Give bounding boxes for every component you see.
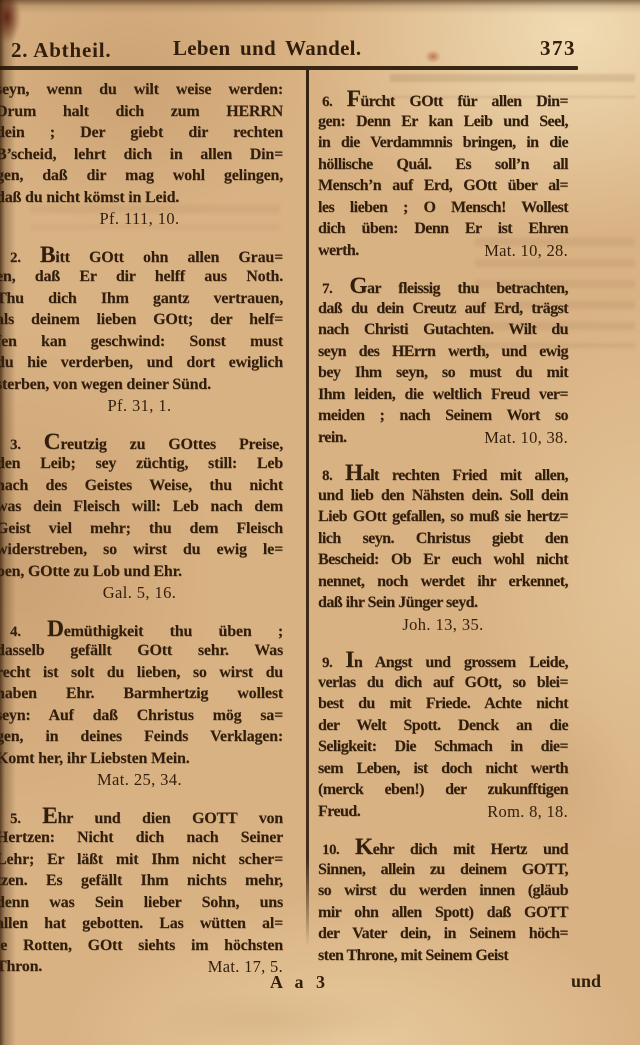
text-line: daß du dein Creutz auf Erd, trägst	[318, 298, 568, 320]
text-line: Geist viel mehr; thu dem Fleisch	[0, 518, 283, 540]
text-line: der Vater dein, in Seinem höch=	[318, 923, 568, 945]
text-line: Lieb GOtt gefallen, so muß sie hertz=	[318, 506, 568, 528]
text-line: so wirst du werden innen (gläub	[318, 880, 568, 902]
versal-capital: F	[347, 86, 361, 112]
text-line: Hertzen: Nicht dich nach Seiner	[0, 827, 283, 849]
text-line: seyn, wenn du wilt weise werden:	[0, 79, 283, 101]
text-line: (merck eben!) der zukunfftigen	[318, 779, 568, 801]
text-line: Komt her, ihr Liebsten Mein.	[0, 748, 283, 770]
text-line: lich seyn. Christus giebt den	[318, 528, 568, 550]
text-line: sem Leben, ist doch nicht werth	[318, 758, 568, 780]
hymn-section: 3. Creutzig zu GOttes Preise,den Leib; s…	[0, 432, 283, 604]
text-line: sterben, von wegen deiner Sünd.	[0, 374, 283, 396]
text-line: sten Throne, mit Seinem Geist	[318, 945, 568, 967]
versal-capital: C	[44, 429, 61, 455]
scripture-reference: Joh. 13, 35.	[318, 614, 568, 636]
verse-end-text: werth.	[318, 240, 359, 262]
text-line: du hie verderben, und dort ewiglich	[0, 352, 283, 374]
foxing-spot	[425, 50, 441, 63]
text-line: Mensch’n auf Erd, GOtt über al=	[318, 175, 568, 197]
scripture-reference: Mat. 10, 28.	[484, 240, 568, 262]
corner-stain	[0, 0, 21, 43]
verse-number: 9.	[322, 655, 345, 671]
text-line: daß ihr Sein Jünger seyd.	[318, 592, 568, 614]
catchword: und	[571, 971, 601, 992]
hymn-section: 10. Kehr dich mit Hertz undSinnen, allei…	[318, 837, 568, 966]
text-line: recht ist solt du lieben, so wirst du	[0, 662, 283, 684]
text-line: den Leib; sey züchtig, still: Leb	[0, 453, 283, 475]
text-line: Bescheid: Ob Er euch wohl nicht	[318, 549, 568, 571]
text-line: ben, GOtte zu Lob und Ehr.	[0, 561, 283, 583]
text-line: seyn: Auf daß Christus mög sa=	[0, 705, 283, 727]
text-line: 8. Halt rechten Fried mit allen,	[318, 463, 568, 485]
text-line: haben Ehr. Barmhertzig wollest	[0, 683, 283, 705]
text-line: 7. Gar fleissig thu betrachten,	[318, 276, 568, 298]
header-section-label: 2. Abtheil.	[11, 38, 111, 63]
text-line: werth.Mat. 10, 28.	[318, 240, 568, 262]
text-line: meiden ; nach Seinem Wort so	[318, 405, 568, 427]
text-line: bey Ihm seyn, so must du mit	[318, 362, 568, 384]
verse-end-text: Freud.	[318, 801, 360, 823]
text-line: le Rotten, GOtt siehts im höchsten	[0, 935, 283, 957]
text-line: denn was Sein lieber Sohn, uns	[0, 892, 283, 914]
versal-capital: G	[349, 273, 367, 299]
page-top-shadow	[0, 0, 640, 15]
text-line: seyn des HErrn werth, und ewig	[318, 341, 568, 363]
text-line: Seligkeit: Die Schmach in die=	[318, 736, 568, 758]
text-line: best du mit Friede. Achte nicht	[318, 693, 568, 715]
verse-end-text: Thron.	[0, 956, 42, 978]
header-title: Leben und Wandel.	[173, 36, 361, 61]
text-line: rein.Mat. 10, 38.	[318, 427, 568, 449]
text-line: nach Christi Gutachten. Wilt du	[318, 319, 568, 341]
hymn-section: seyn, wenn du wilt weise werden:Drum hal…	[0, 79, 283, 230]
verse-number: 8.	[322, 468, 345, 484]
hymn-section: 7. Gar fleissig thu betrachten,daß du de…	[318, 276, 568, 448]
text-line: 4. Demüthigkeit thu üben ;	[0, 619, 283, 641]
text-line: allen hat gebotten. Las wütten al=	[0, 913, 283, 935]
hymn-section: 5. Ehr und dien GOTT vonHertzen: Nicht d…	[0, 806, 283, 978]
versal-capital: I	[345, 647, 354, 673]
versal-capital: D	[47, 616, 64, 642]
left-column: seyn, wenn du wilt weise werden:Drum hal…	[0, 79, 283, 978]
versal-capital: B	[40, 242, 55, 268]
book-page: 2. Abtheil. Leben und Wandel. 373 seyn, …	[0, 0, 640, 1045]
text-line: nach des Geistes Weise, thu nicht	[0, 475, 283, 497]
text-line: und lieb den Nähsten dein. Soll dein	[318, 485, 568, 507]
text-line: widerstreben, so wirst du ewig le=	[0, 539, 283, 561]
text-line: dich üben: Denn Er ist Ehren	[318, 218, 568, 240]
text-line: fen kan geschwind: Sonst must	[0, 331, 283, 353]
text-line: 6. Fürcht GOtt für allen Din=	[318, 89, 568, 111]
header-rule	[0, 66, 578, 70]
text-line: B’scheid, lehrt dich in allen Din=	[0, 144, 283, 166]
verse-number: 7.	[322, 281, 349, 297]
text-line: gen, in deines Feinds Verklagen:	[0, 726, 283, 748]
versal-capital: H	[345, 460, 363, 486]
scripture-reference: Mat. 25, 34.	[0, 769, 283, 791]
text-line: daß du nicht kömst in Leid.	[0, 187, 283, 209]
text-line: dasselb gefällt GOtt sehr. Was	[0, 640, 283, 662]
versal-capital: E	[42, 803, 57, 829]
hymn-section: 2. Bitt GOtt ohn allen Grau=en, daß Er d…	[0, 245, 283, 417]
text-line: 9. In Angst und grossem Leide,	[318, 650, 568, 672]
text-line: tzen. Es gefällt Ihm nichts mehr,	[0, 870, 283, 892]
hymn-section: 6. Fürcht GOtt für allen Din=gen: Denn E…	[318, 89, 568, 261]
verse-end-text: rein.	[318, 427, 347, 449]
scripture-reference: Gal. 5, 16.	[0, 582, 283, 604]
text-line: höllische Quál. Es soll’n all	[318, 154, 568, 176]
scripture-reference: Pf. 111, 10.	[0, 208, 283, 230]
verse-number: 2.	[10, 250, 40, 266]
signature-mark: A a 3	[270, 972, 329, 993]
verse-number: 5.	[10, 811, 42, 827]
header-page-number: 373	[540, 36, 576, 61]
versal-capital: K	[355, 834, 373, 860]
text-line: dein ; Der giebt dir rechten	[0, 122, 283, 144]
verse-number: 4.	[10, 624, 47, 640]
hymn-section: 8. Halt rechten Fried mit allen,und lieb…	[318, 463, 568, 635]
paper-stain	[150, 990, 410, 1045]
right-column: 6. Fürcht GOtt für allen Din=gen: Denn E…	[318, 89, 568, 966]
column-divider-rule	[306, 70, 309, 946]
verse-number: 10.	[322, 842, 355, 858]
text-line: verlas du dich auf GOtt, so blei=	[318, 672, 568, 694]
text-line: Ihm leiden, die weltlich Freud ver=	[318, 384, 568, 406]
text-line: 3. Creutzig zu GOttes Preise,	[0, 432, 283, 454]
text-line: Sinnen, allein zu deinem GOTT,	[318, 859, 568, 881]
text-line: 10. Kehr dich mit Hertz und	[318, 837, 568, 859]
verse-number: 3.	[10, 437, 44, 453]
text-line: in die Verdammnis bringen, in die	[318, 132, 568, 154]
text-line: en, daß Er dir helff aus Noth.	[0, 266, 283, 288]
text-line: Drum halt dich zum HERRN	[0, 101, 283, 123]
hymn-section: 9. In Angst und grossem Leide,verlas du …	[318, 650, 568, 822]
text-line: 2. Bitt GOtt ohn allen Grau=	[0, 245, 283, 267]
scripture-reference: Mat. 10, 38.	[484, 427, 568, 449]
hymn-section: 4. Demüthigkeit thu üben ;dasselb gefäll…	[0, 619, 283, 791]
scripture-reference: Pf. 31, 1.	[0, 395, 283, 417]
text-line: nennet, noch werdet ihr erkennet,	[318, 571, 568, 593]
text-line: was dein Fleisch will: Leb nach dem	[0, 496, 283, 518]
scripture-reference: Rom. 8, 18.	[487, 801, 568, 823]
text-line: Lehr; Er läßt mit Ihm nicht scher=	[0, 849, 283, 871]
text-line: gen, daß dir mag wohl gelingen,	[0, 165, 283, 187]
text-line: als deinem lieben GOtt; der helf=	[0, 309, 283, 331]
scanned-book-page: { "header": { "section_label": "2. Abthe…	[0, 0, 640, 1045]
verse-number: 6.	[322, 94, 347, 110]
text-line: 5. Ehr und dien GOTT von	[0, 806, 283, 828]
text-line: mir ohn allen Spott) daß GOTT	[318, 902, 568, 924]
text-line: Thron.Mat. 17, 5.	[0, 956, 283, 978]
text-line: der Welt Spott. Denck an die	[318, 715, 568, 737]
text-line: Freud.Rom. 8, 18.	[318, 801, 568, 823]
text-line: les lieben ; O Mensch! Wollest	[318, 197, 568, 219]
text-line: Thu dich Ihm gantz vertrauen,	[0, 288, 283, 310]
text-line: gen: Denn Er kan Leib und Seel,	[318, 111, 568, 133]
